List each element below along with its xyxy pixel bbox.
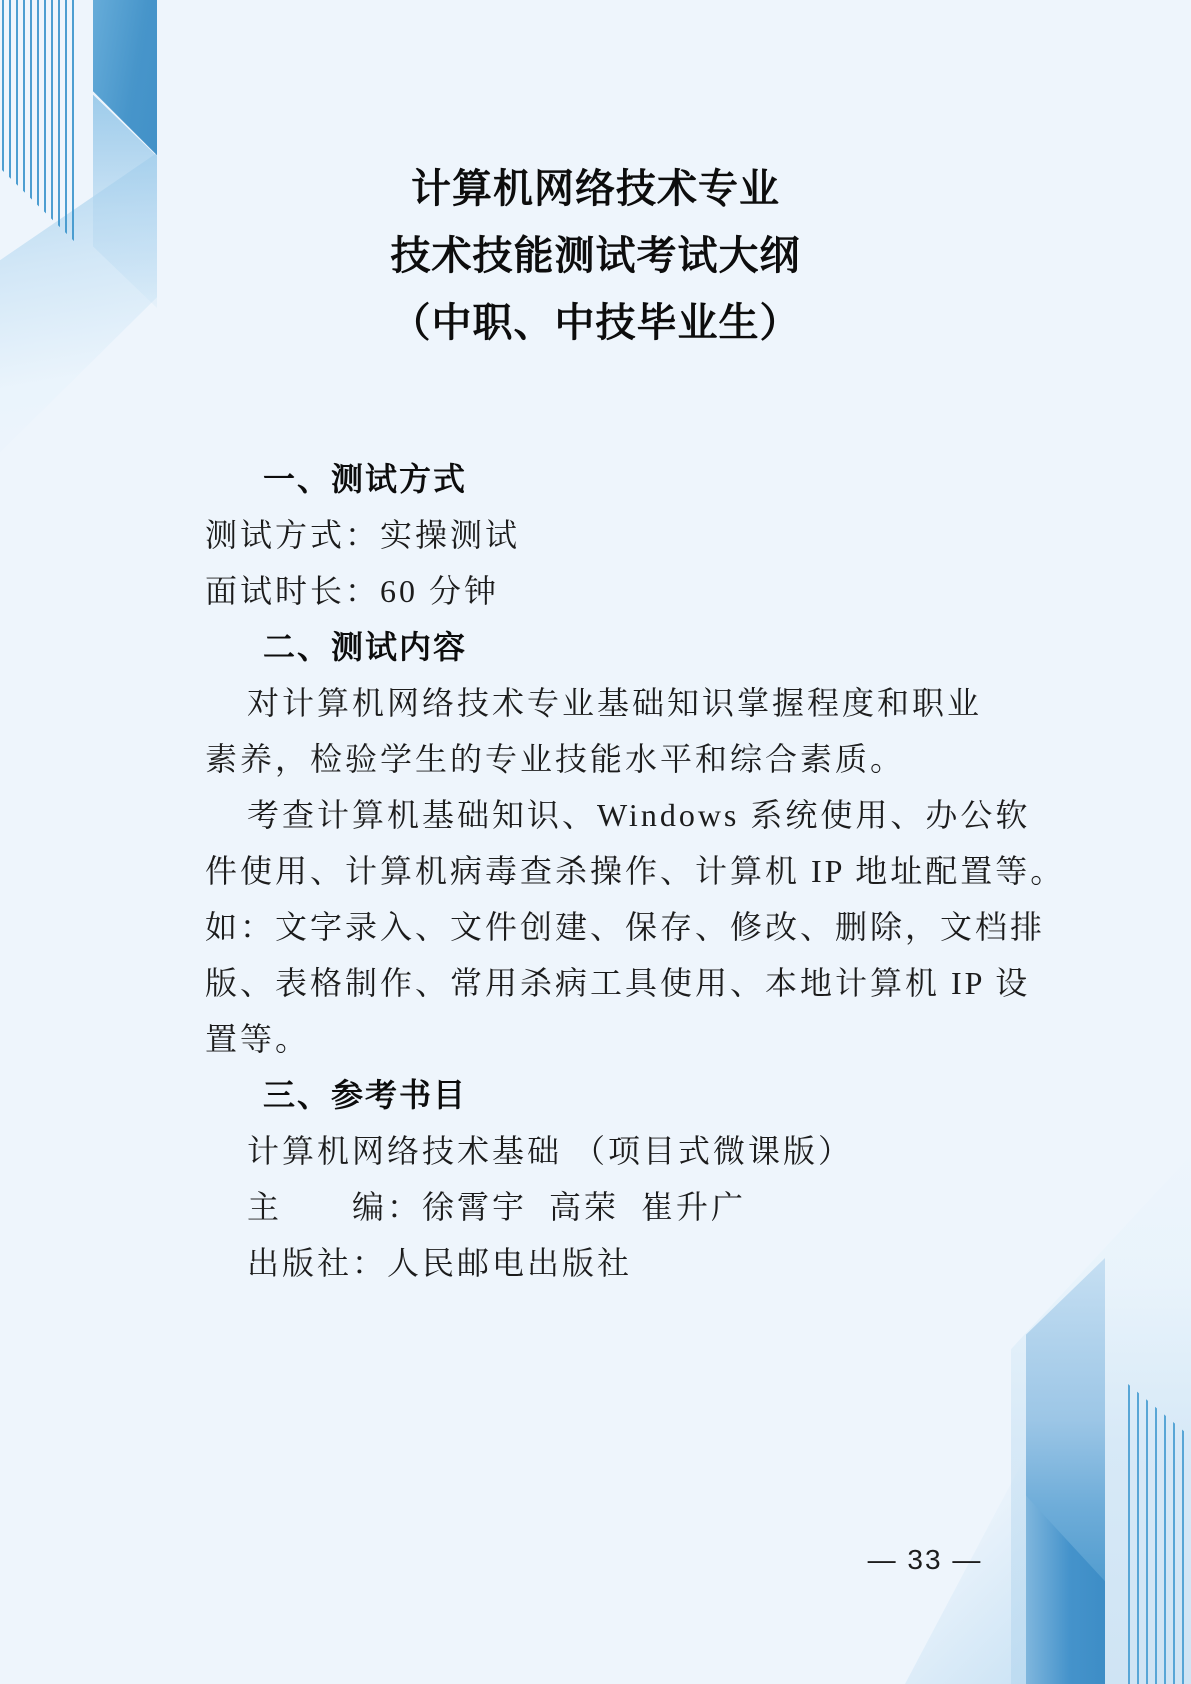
body-text-line: 素养，检验学生的专业技能水平和综合素质。 xyxy=(205,731,990,787)
corner-decoration-bottom-right-stripes xyxy=(1128,1384,1191,1684)
body-text-line: 测试方式：实操测试 xyxy=(205,507,990,563)
document-title-line-1: 计算机网络技术专业 xyxy=(0,155,1191,222)
corner-decoration-bottom-right-wedge xyxy=(1011,1144,1191,1684)
body-text-line: 出版社：人民邮电出版社 xyxy=(205,1235,990,1291)
body-text-line: 计算机网络技术基础 （项目式微课版） xyxy=(205,1123,990,1179)
body-text-line: 考查计算机基础知识、Windows 系统使用、办公软 xyxy=(205,787,990,843)
body-text-line: 对计算机网络技术专业基础知识掌握程度和职业 xyxy=(205,675,990,731)
body-text-line: 主 编：徐霄宇 高荣 崔升广 xyxy=(205,1179,990,1235)
corner-decoration-bottom-right-ribbon xyxy=(1026,1470,1105,1684)
document-title-line-3: （中职、中技毕业生） xyxy=(0,289,1191,356)
body-text-line: 版、表格制作、常用杀病工具使用、本地计算机 IP 设 xyxy=(205,955,990,1011)
body-lines: 一、测试方式测试方式：实操测试面试时长：60 分钟二、测试内容对计算机网络技术专… xyxy=(205,451,990,1291)
body-text-line: 件使用、计算机病毒查杀操作、计算机 IP 地址配置等。 xyxy=(205,843,990,899)
corner-decoration-top-left-ribbon xyxy=(93,0,157,160)
section-heading: 二、测试内容 xyxy=(205,619,990,675)
section-heading: 一、测试方式 xyxy=(205,451,990,507)
document-title-line-2: 技术技能测试考试大纲 xyxy=(0,222,1191,289)
body-text-line: 如：文字录入、文件创建、保存、修改、删除，文档排 xyxy=(205,899,990,955)
body-text-line: 面试时长：60 分钟 xyxy=(205,563,990,619)
body-text-line: 置等。 xyxy=(205,1011,990,1067)
section-heading: 三、参考书目 xyxy=(205,1067,990,1123)
document-title: 计算机网络技术专业 技术技能测试考试大纲 （中职、中技毕业生） xyxy=(0,155,1191,356)
corner-decoration-bottom-right-ribbon-fade xyxy=(1026,1258,1105,1684)
page-number: — 33 — xyxy=(860,1543,990,1577)
